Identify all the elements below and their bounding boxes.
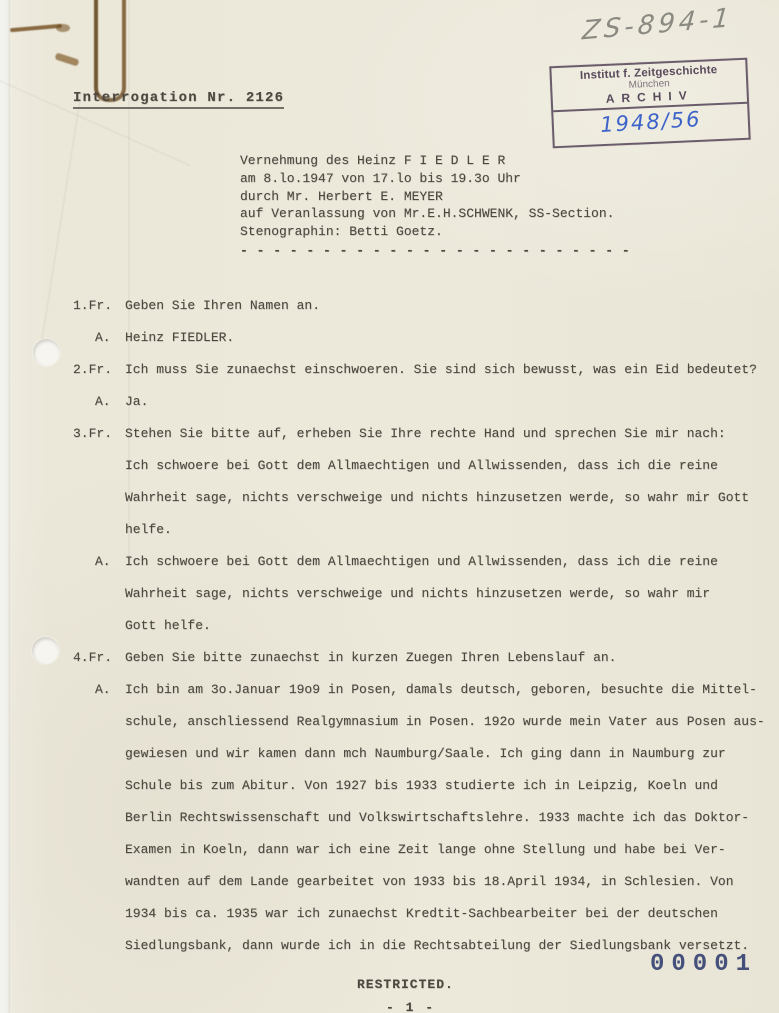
answer-text: Ich schwoere bei Gott dem Allmaechtigen …: [125, 546, 773, 642]
rust-streak: [55, 52, 80, 66]
paperclip-rust-mark: [94, 0, 126, 102]
question-text: Ich muss Sie zunaechst einschwoeren. Sie…: [125, 354, 773, 386]
answer-label: A.: [73, 386, 125, 418]
qa-entry: 2.Fr. Ich muss Sie zunaechst einschwoere…: [73, 354, 773, 386]
punch-hole-bottom: [32, 637, 59, 664]
document-title: Interrogation Nr. 2126: [73, 90, 284, 109]
rust-streak: [56, 24, 70, 32]
answer-text: Heinz FIEDLER.: [125, 322, 773, 354]
qa-entry: 3.Fr. Stehen Sie bitte auf, erheben Sie …: [73, 418, 773, 546]
qa-entry: 4.Fr. Geben Sie bitte zunaechst in kurze…: [73, 642, 773, 674]
question-label: 4.Fr.: [73, 642, 125, 674]
page-number: - 1 -: [386, 1000, 435, 1013]
question-text: Stehen Sie bitte auf, erheben Sie Ihre r…: [125, 418, 773, 546]
qa-transcript: 1.Fr. Geben Sie Ihren Namen an. A. Heinz…: [73, 290, 773, 962]
qa-entry: A. Ja.: [73, 386, 773, 418]
archive-stamp: Institut f. Zeitgeschichte München ARCHI…: [549, 58, 750, 149]
scan-edge: [0, 0, 10, 1013]
rust-streak: [10, 24, 62, 33]
archive-ref-handwritten: ZS-894-1: [581, 0, 773, 46]
header-divider: - - - - - - - - - - - - - - - - - - - - …: [240, 243, 630, 258]
answer-label: A.: [73, 322, 125, 354]
qa-entry: A. Ich bin am 3o.Januar 19o9 in Posen, d…: [73, 674, 773, 962]
classification-marking: RESTRICTED.: [357, 977, 454, 992]
question-text: Geben Sie Ihren Namen an.: [125, 290, 773, 322]
session-header: Vernehmung des Heinz F I E D L E R am 8.…: [240, 152, 614, 241]
qa-entry: 1.Fr. Geben Sie Ihren Namen an.: [73, 290, 773, 322]
question-label: 3.Fr.: [73, 418, 125, 450]
punch-hole-top: [33, 339, 60, 366]
qa-entry: A. Ich schwoere bei Gott dem Allmaechtig…: [73, 546, 773, 642]
page-serial-stamp: 00001: [650, 951, 757, 978]
answer-label: A.: [73, 546, 125, 578]
question-label: 1.Fr.: [73, 290, 125, 322]
scanned-document-page: ZS-894-1 Institut f. Zeitgeschichte Münc…: [0, 0, 779, 1013]
answer-text: Ich bin am 3o.Januar 19o9 in Posen, dama…: [125, 674, 773, 962]
answer-text: Ja.: [125, 386, 773, 418]
question-label: 2.Fr.: [73, 354, 125, 386]
answer-label: A.: [73, 674, 125, 706]
qa-entry: A. Heinz FIEDLER.: [73, 322, 773, 354]
question-text: Geben Sie bitte zunaechst in kurzen Zueg…: [125, 642, 773, 674]
